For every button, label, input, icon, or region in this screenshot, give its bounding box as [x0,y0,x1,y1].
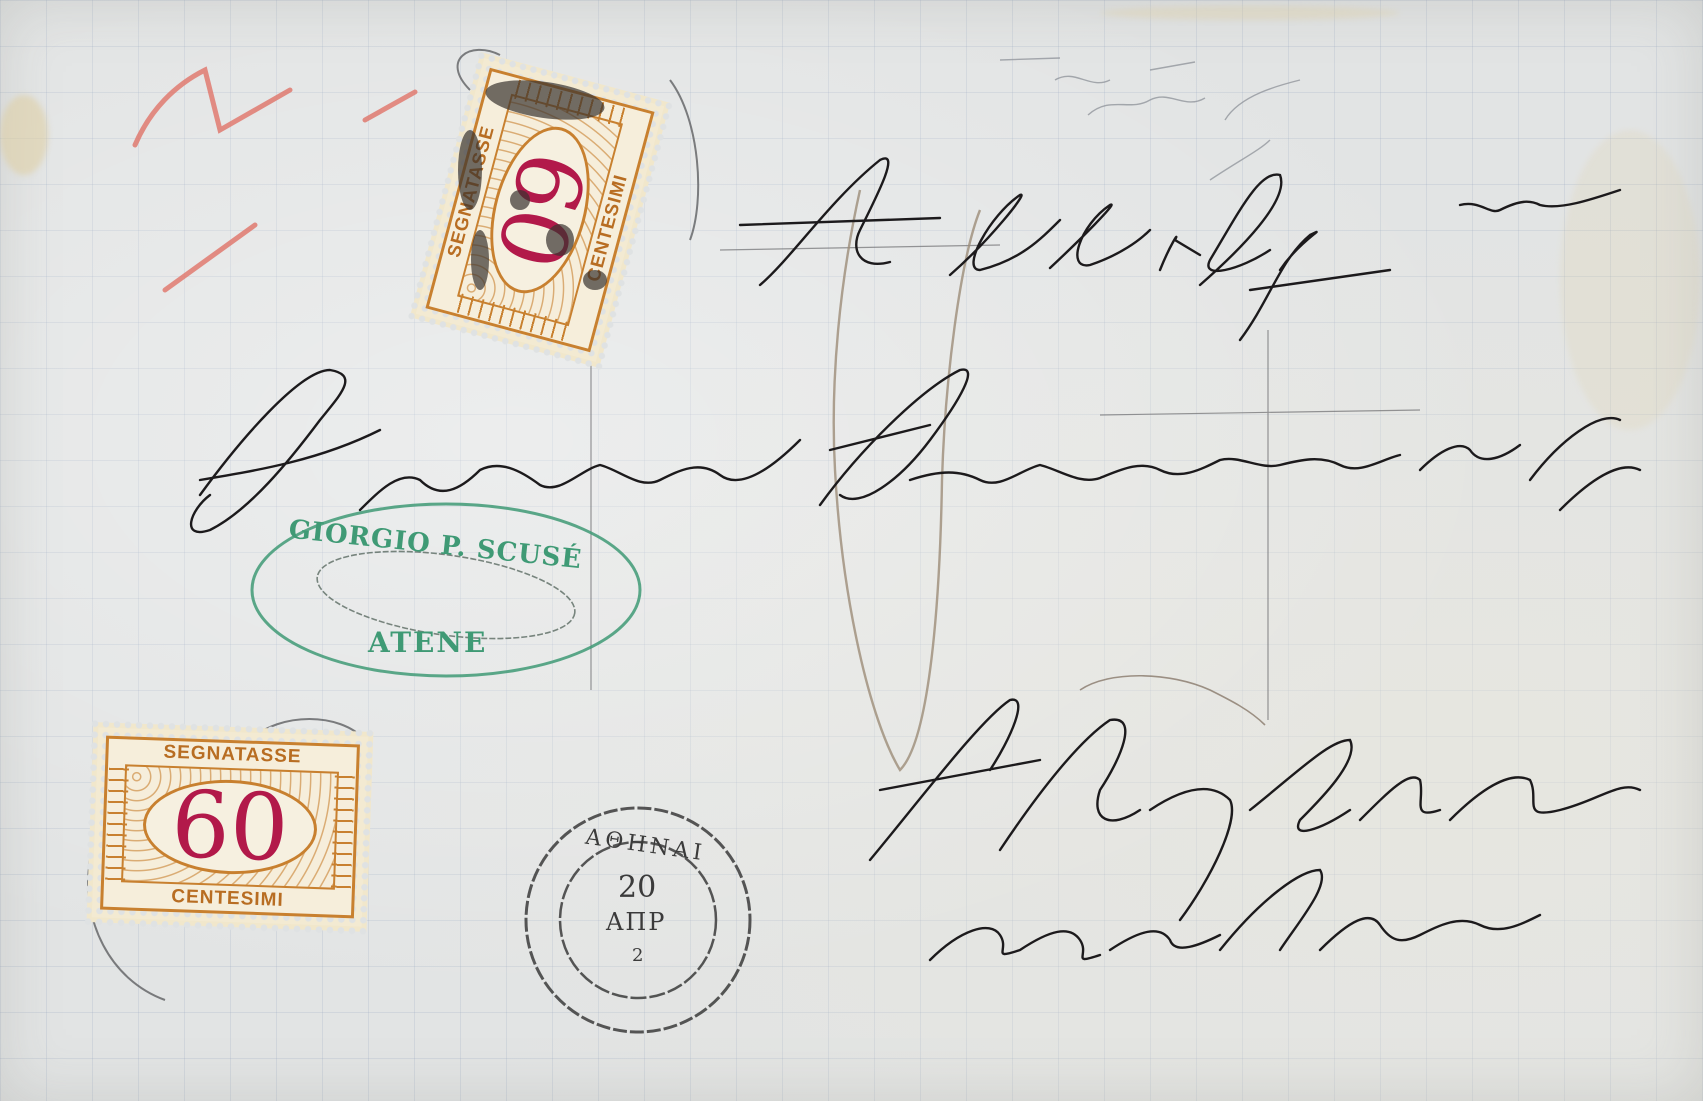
stamp-value: 60 [93,767,367,886]
address-line-4: messina [930,930,934,931]
postage-due-stamp-lower: SEGNATASSE 60 CENTESIMI [92,727,368,926]
envelope-cover: 6 [0,0,1703,1101]
sender-cachet: GIORGIO P. SCUSÉ ATENE [248,500,644,680]
address-line-2: Francesco Fiorentino e figli [190,440,204,441]
cachet-city: ATENE [368,626,487,659]
postmark-bottom: 2 [632,945,643,966]
address-line-3: Messina [880,760,884,761]
postmark-month: ΑΠΡ [606,908,666,936]
postmark-day: 20 [618,870,656,905]
address-line-1: Agli Sig.ri [740,220,745,221]
